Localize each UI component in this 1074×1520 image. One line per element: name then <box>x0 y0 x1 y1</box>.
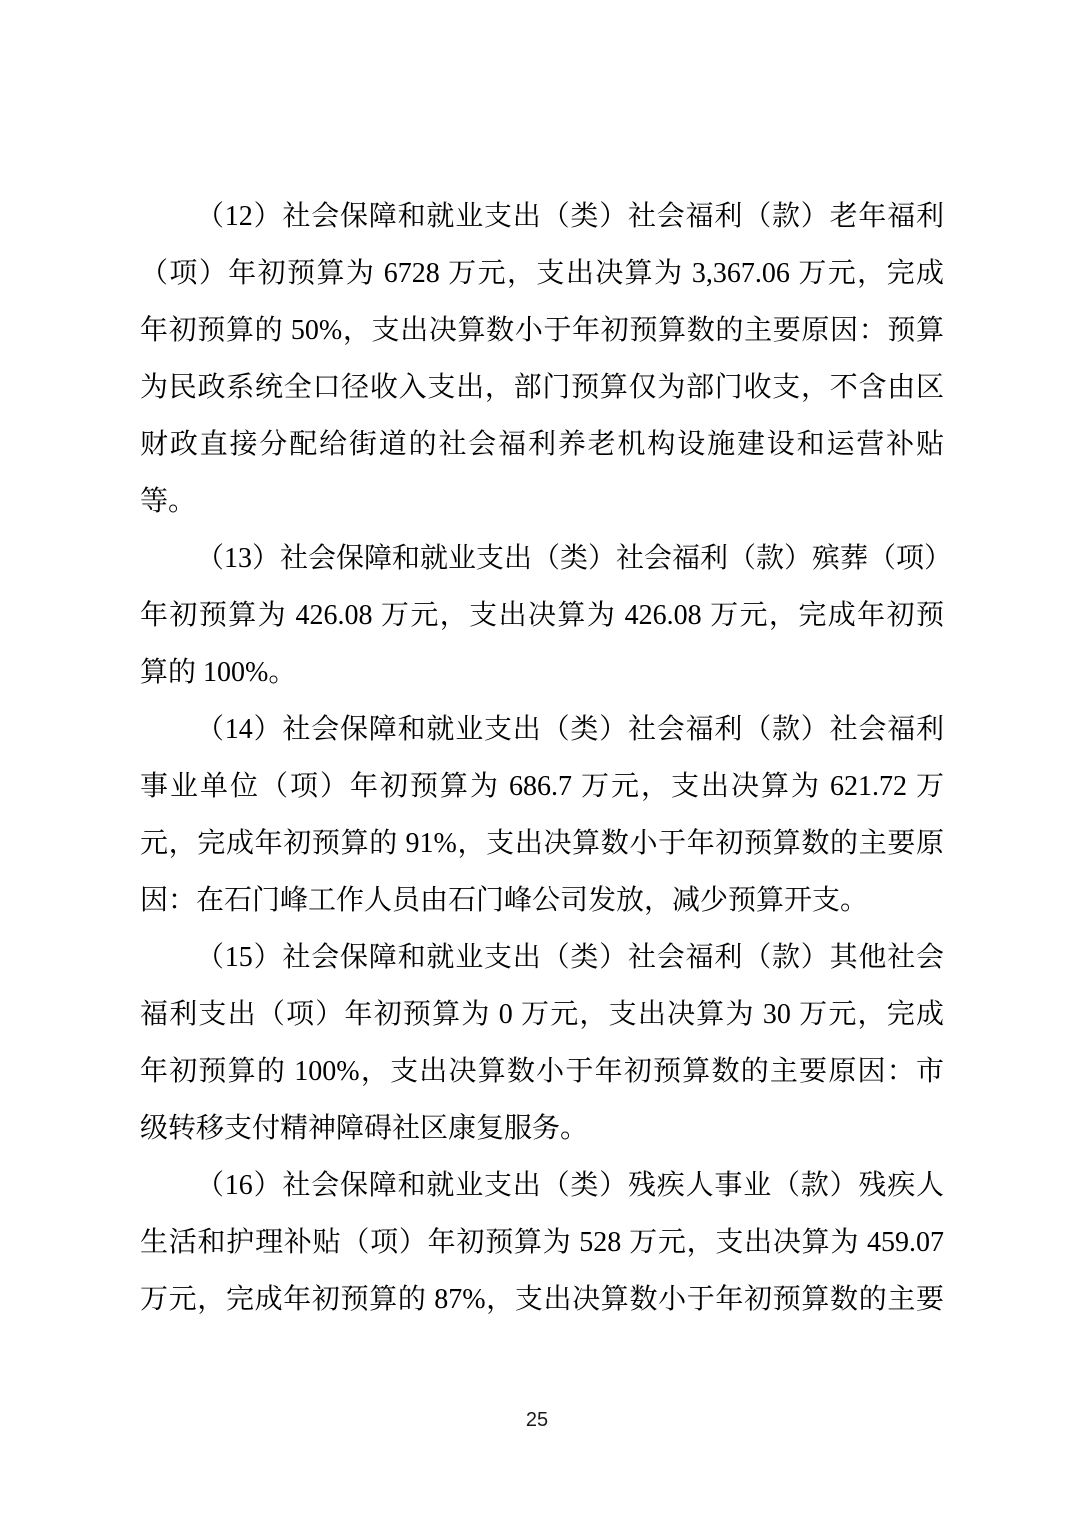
document-page: （12）社会保障和就业支出（类）社会福利（款）老年福利（项）年初预算为 6728… <box>0 0 1074 1520</box>
text-line: （16）社会保障和就业支出（类）残疾人事业（款）残疾人 <box>140 1157 944 1214</box>
paragraph-item-13: （13）社会保障和就业支出（类）社会福利（款）殡葬（项）年初预算为 426.08… <box>140 530 944 701</box>
paragraph-item-15: （15）社会保障和就业支出（类）社会福利（款）其他社会福利支出（项）年初预算为 … <box>140 929 944 1157</box>
text-line: 年初预算的 100%，支出决算数小于年初预算数的主要原因：市 <box>140 1043 944 1100</box>
text-line: 级转移支付精神障碍社区康复服务。 <box>140 1100 944 1157</box>
text-line: （13）社会保障和就业支出（类）社会福利（款）殡葬（项） <box>140 530 944 587</box>
text-line: （12）社会保障和就业支出（类）社会福利（款）老年福利 <box>140 188 944 245</box>
text-line: 因：在石门峰工作人员由石门峰公司发放，减少预算开支。 <box>140 872 944 929</box>
text-line: 生活和护理补贴（项）年初预算为 528 万元，支出决算为 459.07 <box>140 1214 944 1271</box>
text-line: 等。 <box>140 473 944 530</box>
text-line: 年初预算为 426.08 万元，支出决算为 426.08 万元，完成年初预 <box>140 587 944 644</box>
text-line: （14）社会保障和就业支出（类）社会福利（款）社会福利 <box>140 701 944 758</box>
text-line: 事业单位（项）年初预算为 686.7 万元，支出决算为 621.72 万 <box>140 758 944 815</box>
text-line: 财政直接分配给街道的社会福利养老机构设施建设和运营补贴 <box>140 416 944 473</box>
text-line: 万元，完成年初预算的 87%，支出决算数小于年初预算数的主要 <box>140 1271 944 1328</box>
paragraph-item-16: （16）社会保障和就业支出（类）残疾人事业（款）残疾人生活和护理补贴（项）年初预… <box>140 1157 944 1328</box>
text-line: 为民政系统全口径收入支出，部门预算仅为部门收支，不含由区 <box>140 359 944 416</box>
text-line: （项）年初预算为 6728 万元，支出决算为 3,367.06 万元，完成 <box>140 245 944 302</box>
text-line: 年初预算的 50%，支出决算数小于年初预算数的主要原因：预算 <box>140 302 944 359</box>
text-line: 算的 100%。 <box>140 644 944 701</box>
page-number: 25 <box>0 1408 1074 1432</box>
text-line: 元，完成年初预算的 91%，支出决算数小于年初预算数的主要原 <box>140 815 944 872</box>
paragraph-item-12: （12）社会保障和就业支出（类）社会福利（款）老年福利（项）年初预算为 6728… <box>140 188 944 530</box>
paragraph-item-14: （14）社会保障和就业支出（类）社会福利（款）社会福利事业单位（项）年初预算为 … <box>140 701 944 929</box>
text-line: （15）社会保障和就业支出（类）社会福利（款）其他社会 <box>140 929 944 986</box>
document-body: （12）社会保障和就业支出（类）社会福利（款）老年福利（项）年初预算为 6728… <box>140 188 944 1328</box>
text-line: 福利支出（项）年初预算为 0 万元，支出决算为 30 万元，完成 <box>140 986 944 1043</box>
